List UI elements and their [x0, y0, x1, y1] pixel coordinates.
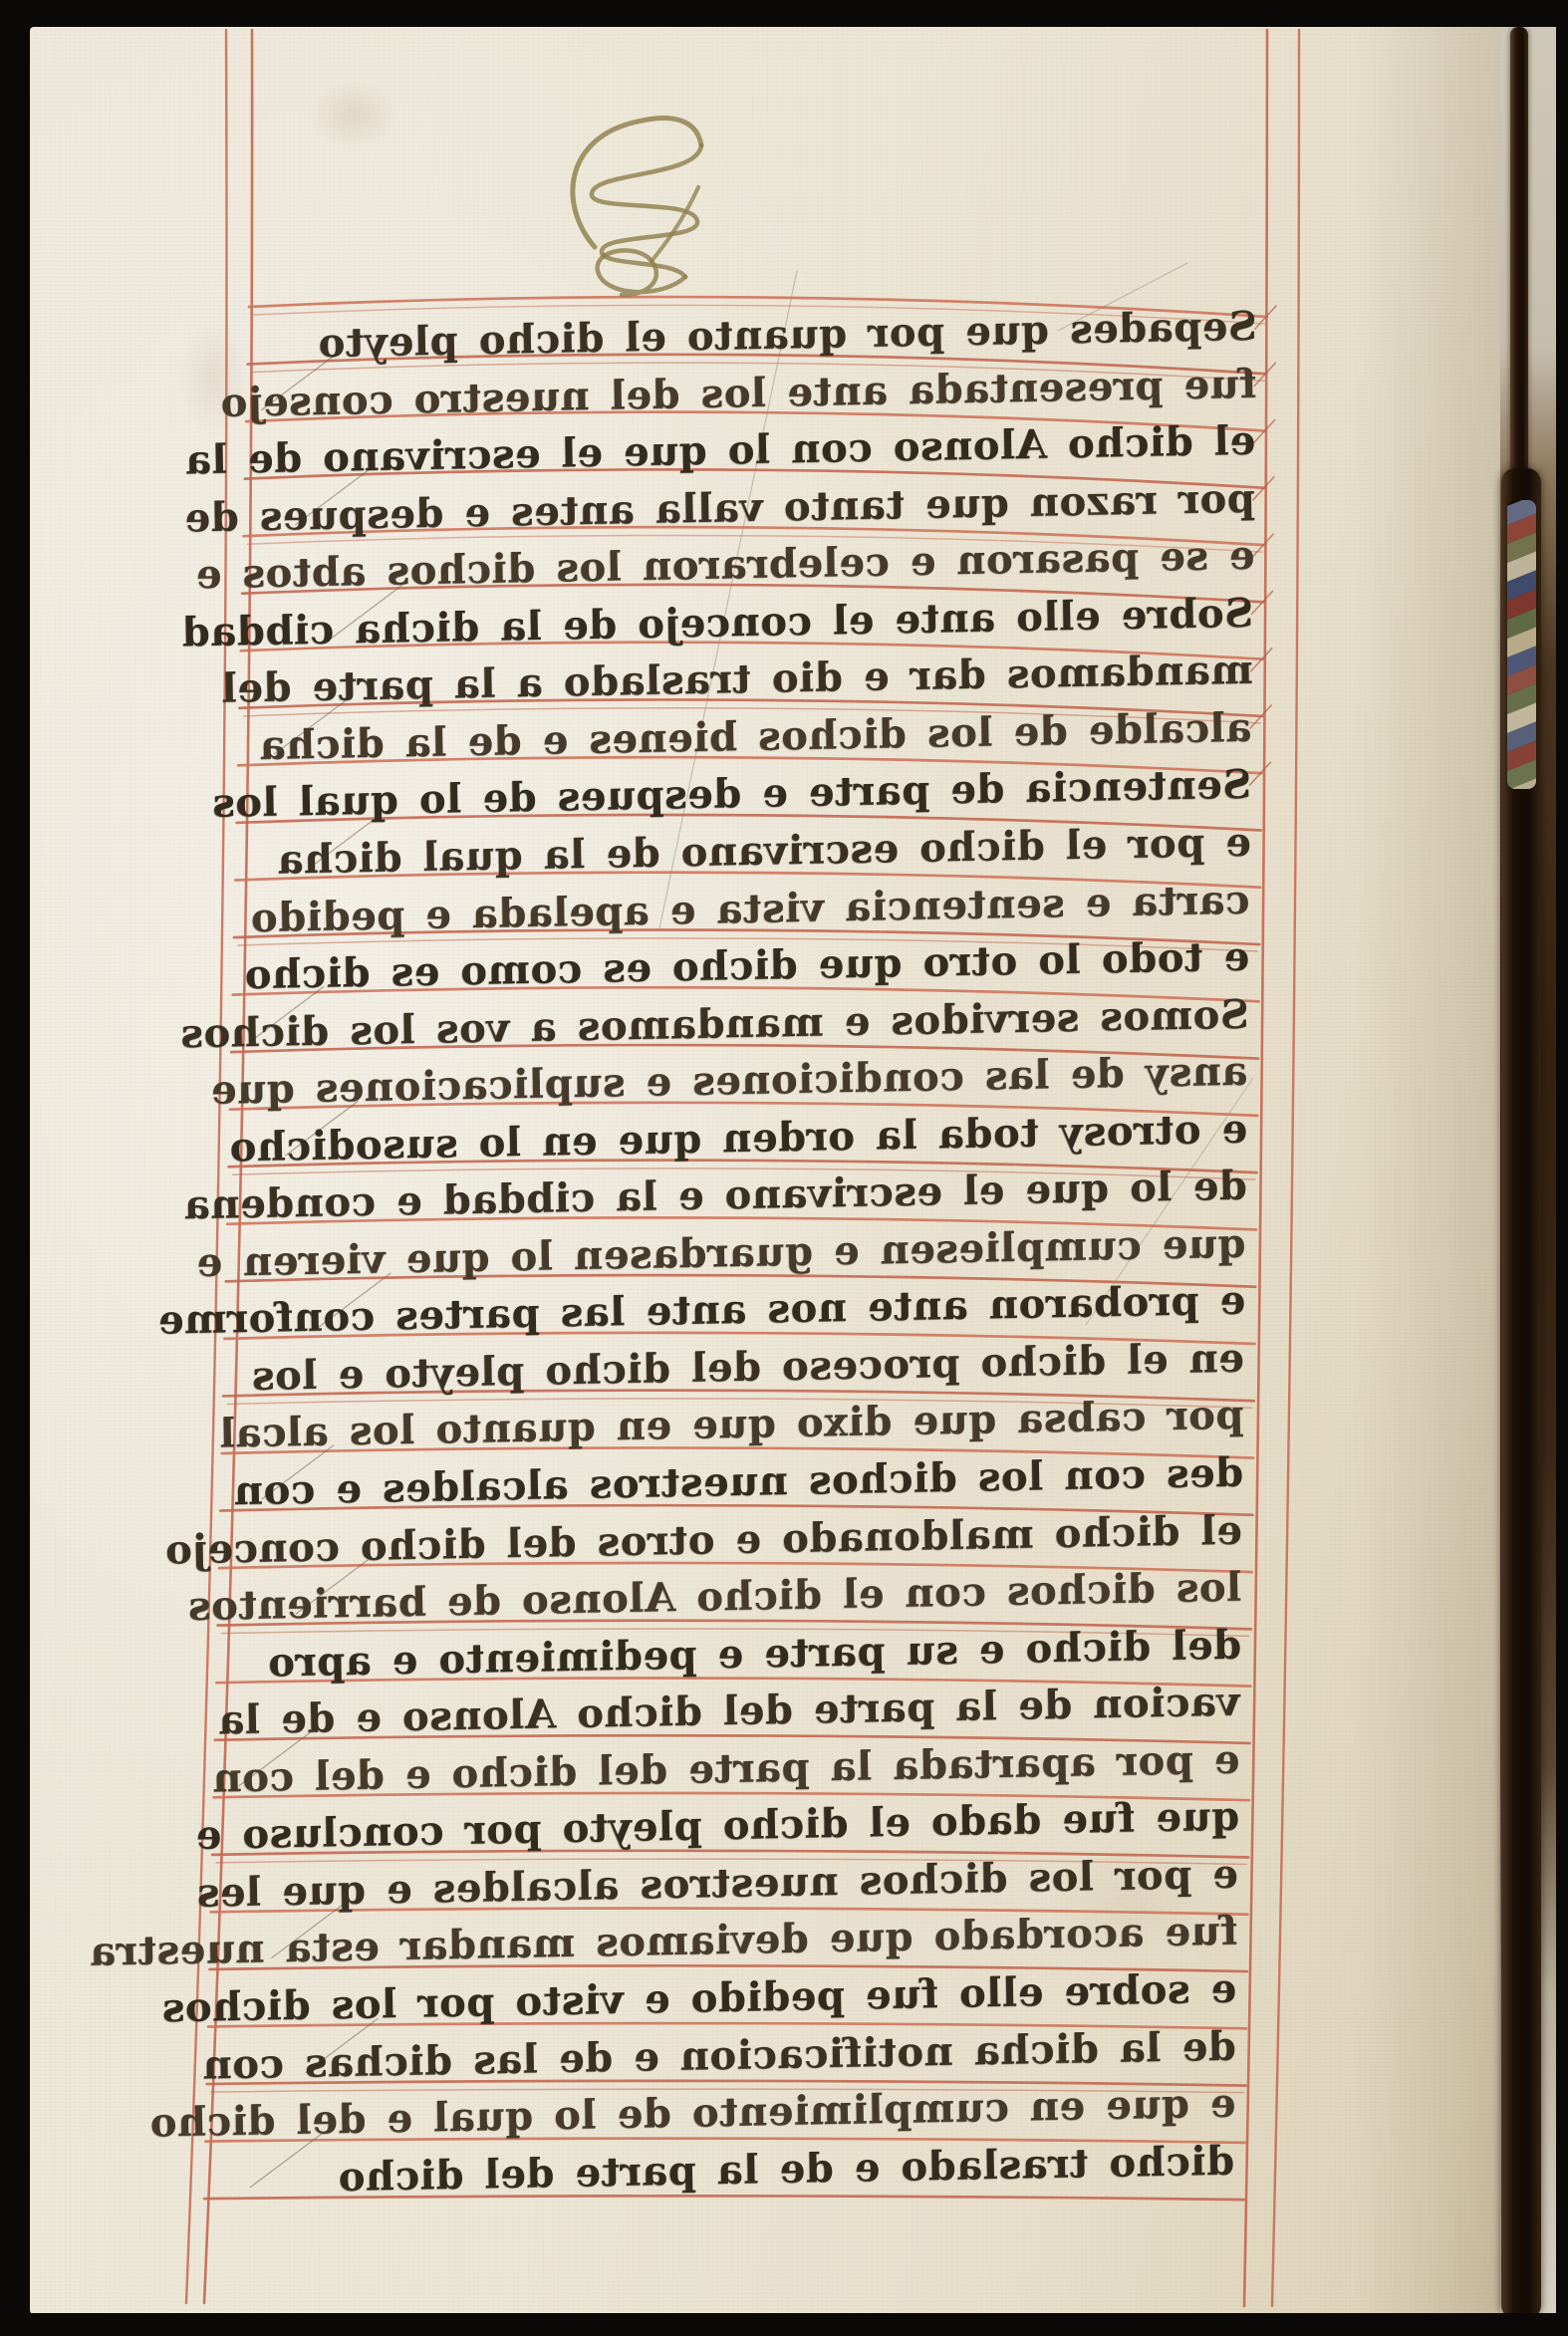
manuscript-text-line: e por apartada la parte del dicho e del … — [219, 1734, 1240, 1803]
manuscript-text-line: Sobre ello ante el concejo de la dicha c… — [246, 588, 1254, 656]
manuscript-text-line: por razon que tanto valla antes e despue… — [249, 473, 1256, 541]
manuscript-text-line: alcalde de los dichos bienes e de la dic… — [243, 703, 1252, 772]
manuscript-text-line: Somos servidos e mandamos a vos los dich… — [236, 989, 1249, 1058]
manuscript-text-line: que fue dado el dicho pleyto por conclus… — [217, 1792, 1239, 1861]
manuscript-text-block: Sepades que por quanto el dicho pleytofu… — [0, 0, 1568, 2336]
manuscript-text-line: fue presentada ante los del nuestro cons… — [251, 359, 1256, 426]
scan-border-top — [0, 0, 1568, 27]
manuscript-text-line: Sentencia de parte e despues de lo qual … — [242, 760, 1252, 829]
manuscript-text-line: e se pasaron e celebraron los dichos abt… — [247, 531, 1254, 600]
manuscript-text-line: en el dicho proceso del dicho pleyto e l… — [228, 1334, 1245, 1403]
manuscript-text-line: ansy de las condiciones e suplicaciones … — [235, 1047, 1248, 1116]
manuscript-text-line: e todo lo otro que dicho es como es dich… — [238, 932, 1250, 1001]
manuscript-text-line: vacion de la parte del dicho Alonso e de… — [220, 1678, 1241, 1746]
manuscript-text-line: e que en cumplimiento de lo qual e del d… — [210, 2079, 1235, 2148]
manuscript-text-line: carta e sentencia vista e apelada e pedi… — [239, 875, 1250, 943]
manuscript-text-line: de la dicha notificacion e de las dichas… — [212, 2021, 1237, 2090]
manuscript-text-line: e por el dicho escrivano de la qual dich… — [240, 818, 1251, 887]
manuscript-text-line: de lo que el escrivano e la cibdad e con… — [232, 1162, 1247, 1230]
manuscript-text-line: el dicho maldonado e otros del dicho con… — [224, 1505, 1243, 1574]
manuscript-text-line: mandamos dar e dio traslado a la parte d… — [244, 646, 1253, 714]
scan-border-right — [1556, 0, 1568, 2336]
manuscript-text-line: dicho traslado e de la parte del dicho — [209, 2136, 1235, 2205]
manuscript-text-line: e por los dichos nuestros alcaldes e que… — [216, 1849, 1239, 1918]
manuscript-text-line: por cabsa que dixo que en quanto los alc… — [227, 1391, 1244, 1459]
manuscript-text-line: el dicho Alonso con lo que el escrivano … — [250, 416, 1256, 484]
manuscript-text-line: des con los dichos nuestros alcaldes e c… — [225, 1448, 1243, 1517]
manuscript-text-line: del dicho e su parte e pedimiento e apro — [221, 1620, 1241, 1688]
manuscript-text-line: los dichos con el dicho Alonso de barrie… — [223, 1563, 1242, 1632]
manuscript-text-line: Sepades que por quanto el dicho pleyto — [253, 302, 1258, 370]
scan-border-bottom — [0, 2313, 1568, 2336]
manuscript-text-line: que cumpliesen e guardasen lo que vieren… — [231, 1218, 1246, 1287]
manuscript-text-line: fue acordado que deviamos mandar esta nu… — [214, 1907, 1237, 1975]
manuscript-text-line: e probaron ante nos ante las partes conf… — [229, 1276, 1245, 1345]
manuscript-scan: Sepades que por quanto el dicho pleytofu… — [0, 0, 1568, 2336]
scan-border-left — [0, 0, 30, 2336]
manuscript-text-line: e sobre ello fue pedido e visto por los … — [213, 1964, 1237, 2033]
manuscript-text-line: e otrosy toda la orden que en lo susodic… — [234, 1104, 1248, 1172]
